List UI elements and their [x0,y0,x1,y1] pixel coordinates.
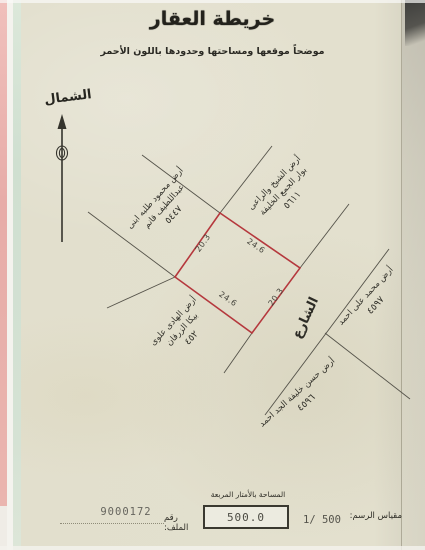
scale-value: 1/ 500 [303,514,351,526]
neighbor-label-top-left: أرض محمود طلبه ابنى عبداللطيف قانم ٥٤٤٧ [125,166,204,249]
file-number-value: 9000172 [88,506,164,518]
scan-edge-pink [0,0,7,506]
scan-right-shade [402,0,425,550]
north-label: الشمال [35,86,100,109]
area-label: المساحة بالأمتار المربعة [196,490,300,499]
neighbor-label-right: أرض محمد على احمد ٤٥٩٧ [336,265,406,337]
file-number-label: رقم الملف: [164,513,202,533]
scan-edge-bottom [0,546,425,550]
scale-label: مقياس الرسم: [348,511,402,521]
neighbor-label-bottom-right: أرض حسن خليفة الجد احمد ٤٥٩٦ [257,356,346,440]
scan-edge-top [0,0,425,3]
neighbor-label-top-right: أرض الشيخ والراعى بوار الجمع الخليفة ٥٦١… [247,154,322,230]
boundary-lines [88,146,410,415]
dimension-label-ne: 24.6 [245,237,266,256]
scanned-property-map: خريطة العقار موضحاً موقعها ومساحتها وحدو… [0,0,425,550]
neighbor-line: أرض حسن خليفة الجد احمد [257,356,338,430]
paper-fold-crease [401,0,402,550]
map-lines-svg [0,0,425,550]
street-label: الشارع [290,295,322,341]
dimension-label-nw: 20.3 [194,232,213,253]
scan-edge-pink-bottom [0,506,7,550]
dimension-label-se: 20.3 [267,286,286,307]
page-subtitle: موضحاً موقعها ومساحتها وحدودها باللون ال… [0,46,425,57]
north-arrow-icon [57,114,68,242]
neighbor-label-bottom-left: أرض الهادى علوى بيكا الزرقان ٤٥٢ [149,295,218,365]
page-title: خريطة العقار [0,8,425,30]
dimension-label-sw: 24.6 [217,290,238,309]
area-value-box: 500.0 [203,505,289,529]
area-value: 500.0 [227,511,265,524]
scan-edge-green [13,0,21,550]
